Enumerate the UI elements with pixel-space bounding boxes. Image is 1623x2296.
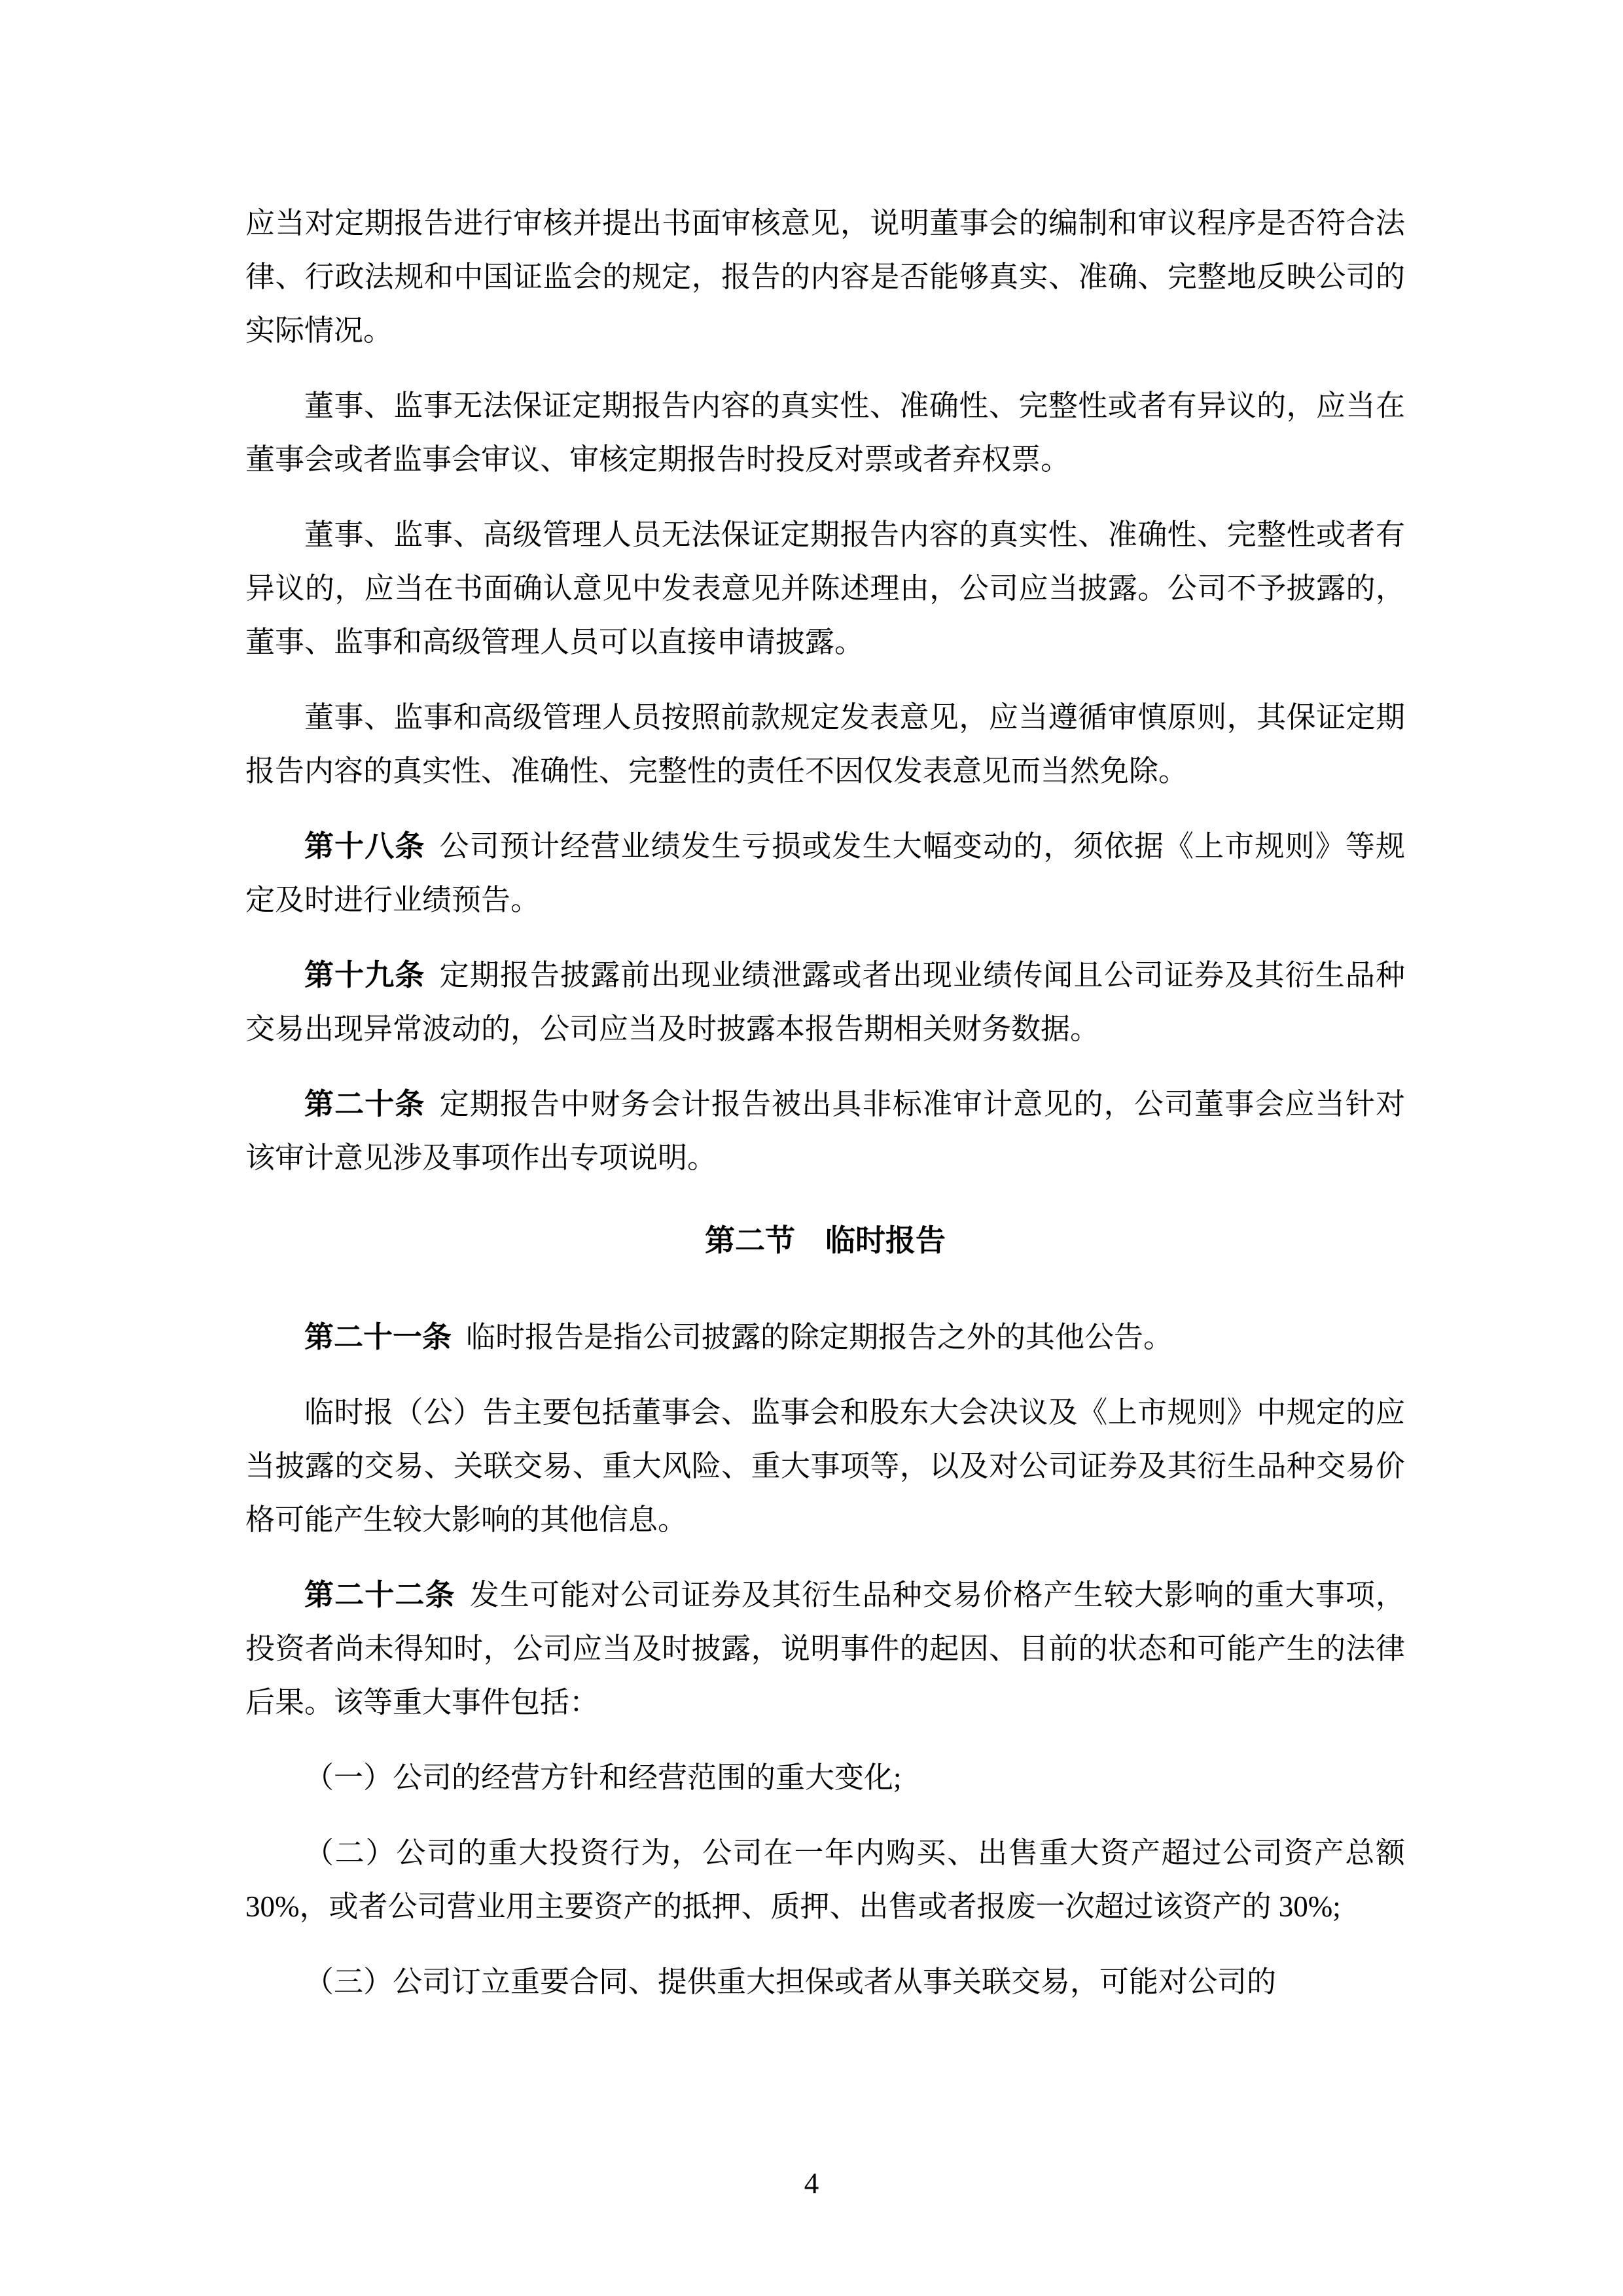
article-number: 第十八条 <box>304 830 425 863</box>
body-paragraph: （三）公司订立重要合同、提供重大担保或者从事关联交易，可能对公司的 <box>245 1955 1405 2009</box>
document-page: 应当对定期报告进行审核并提出书面审核意见，说明董事会的编制和审议程序是否符合法律… <box>0 0 1623 2296</box>
section-heading: 第二节 临时报告 <box>245 1214 1405 1268</box>
article-paragraph: 第二十条定期报告中财务会计报告被出具非标准审计意见的，公司董事会应当针对该审计意… <box>245 1077 1405 1185</box>
article-number: 第十九条 <box>304 959 425 992</box>
body-paragraph: 董事、监事和高级管理人员按照前款规定发表意见，应当遵循审慎原则，其保证定期报告内… <box>245 691 1405 798</box>
article-paragraph: 第十九条定期报告披露前出现业绩泄露或者出现业绩传闻且公司证券及其衍生品种交易出现… <box>245 948 1405 1056</box>
article-paragraph: 第二十二条发生可能对公司证券及其衍生品种交易价格产生较大影响的重大事项，投资者尚… <box>245 1568 1405 1729</box>
body-paragraph: 应当对定期报告进行审核并提出书面审核意见，说明董事会的编制和审议程序是否符合法律… <box>245 196 1405 357</box>
body-paragraph: 董事、监事、高级管理人员无法保证定期报告内容的真实性、准确性、完整性或者有异议的… <box>245 508 1405 669</box>
page-number: 4 <box>0 2157 1623 2210</box>
document-content: 应当对定期报告进行审核并提出书面审核意见，说明董事会的编制和审议程序是否符合法律… <box>245 196 1405 2030</box>
article-number: 第二十一条 <box>304 1321 452 1354</box>
article-text: 临时报告是指公司披露的除定期报告之外的其他公告。 <box>466 1321 1173 1354</box>
article-paragraph: 第十八条公司预计经营业绩发生亏损或发生大幅变动的，须依据《上市规则》等规定及时进… <box>245 819 1405 927</box>
article-number: 第二十条 <box>304 1088 425 1121</box>
body-paragraph: 董事、监事无法保证定期报告内容的真实性、准确性、完整性或者有异议的，应当在董事会… <box>245 379 1405 486</box>
article-paragraph: 第二十一条临时报告是指公司披露的除定期报告之外的其他公告。 <box>245 1310 1405 1364</box>
body-paragraph: （一）公司的经营方针和经营范围的重大变化; <box>245 1751 1405 1804</box>
body-paragraph: 临时报（公）告主要包括董事会、监事会和股东大会决议及《上市规则》中规定的应当披露… <box>245 1386 1405 1547</box>
article-number: 第二十二条 <box>304 1579 455 1611</box>
body-paragraph: （二）公司的重大投资行为，公司在一年内购买、出售重大资产超过公司资产总额 30%… <box>245 1826 1405 1933</box>
